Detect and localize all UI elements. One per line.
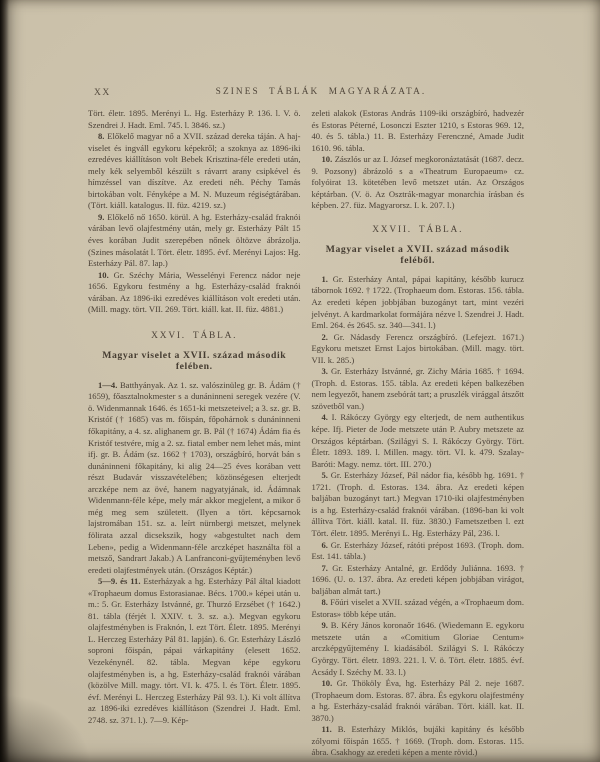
paragraph: 9. Előkelő nő 1650. körül. A hg. Esterhá…	[88, 212, 301, 270]
scan-edge-shadow	[0, 0, 9, 762]
item-number: 10.	[322, 678, 337, 688]
paragraph: 2. Gr. Nádasdy Ferencz országbíró. (Lefe…	[312, 332, 525, 367]
item-number: 5.	[322, 470, 331, 480]
paragraph: 5—9. és 11. Esterházyak a hg. Esterházy …	[88, 576, 301, 726]
paragraph: 1—4. Batthyányak. Az 1. sz. valószinüleg…	[88, 380, 301, 576]
paragraph: 10. Zászlós ur az I. József megkoronázta…	[312, 154, 525, 212]
item-number: 10.	[98, 270, 114, 280]
item-number: 5—9. és 11.	[98, 576, 143, 586]
plate-heading: XXVI. TÁBLA.	[88, 331, 301, 341]
plate-subheading: Magyar viselet a XVII. század második fe…	[88, 350, 301, 372]
paragraph: zeleti alakok (Estoras András 1109-iki o…	[312, 108, 525, 154]
item-number: 7.	[322, 563, 333, 573]
item-number: 8.	[98, 131, 107, 141]
paragraph: 8. Előkelő magyar nő a XVII. század dere…	[88, 131, 301, 212]
page-content: XX SZINES TÁBLÁK MAGYARÁZATA. Tört. élet…	[88, 86, 524, 759]
plate-heading: XXVII. TÁBLA.	[312, 225, 525, 235]
item-number: 9.	[322, 620, 331, 630]
paragraph: 9. B. Kéry János koronaőr 1646. (Wiedema…	[312, 620, 525, 678]
paragraph: Tört. életr. 1895. Merényi L. Hg. Esterh…	[88, 108, 301, 131]
item-number: 11.	[322, 724, 338, 734]
item-number: 1—4.	[98, 380, 120, 390]
paragraph: 3. Gr. Esterházy Istvánné, gr. Zichy Már…	[312, 366, 525, 412]
paragraph: 10. Gr. Széchy Mária, Wesselényi Ferencz…	[88, 270, 301, 316]
item-number: 4.	[322, 412, 332, 422]
paragraph: 1. Gr. Esterházy Antal, pápai kapitány, …	[312, 274, 525, 332]
paragraph: 11. B. Esterházy Miklós, bujáki kapitány…	[312, 724, 525, 759]
item-number: 9.	[98, 212, 107, 222]
page-header: XX SZINES TÁBLÁK MAGYARÁZATA.	[88, 86, 524, 101]
paragraph: 5. Gr. Esterházy József, Pál nádor fia, …	[312, 470, 525, 539]
plate-subheading: Magyar viselet a XVII. század második fe…	[312, 244, 525, 266]
paragraph: 10. Gr. Thököly Éva, hg. Esterházy Pál 2…	[312, 678, 525, 724]
item-number: 8.	[322, 597, 331, 607]
paragraph: 4. I. Rákóczy György egy elterjedt, de n…	[312, 412, 525, 470]
running-title: SZINES TÁBLÁK MAGYARÁZATA.	[88, 87, 554, 97]
text-columns: Tört. életr. 1895. Merényi L. Hg. Esterh…	[88, 108, 524, 759]
paragraph: 6. Gr. Esterházy József, rátóti prépost …	[312, 540, 525, 563]
item-number: 2.	[322, 332, 334, 342]
item-number: 3.	[322, 366, 331, 376]
item-number: 1.	[322, 274, 333, 284]
left-column: Tört. életr. 1895. Merényi L. Hg. Esterh…	[88, 108, 301, 759]
right-column: zeleti alakok (Estoras András 1109-iki o…	[312, 108, 525, 759]
paragraph: 8. Főúri viselet a XVII. század végén, a…	[312, 597, 525, 620]
paragraph: 7. Gr. Esterházy Antalné, gr. Erdődy Jul…	[312, 563, 525, 598]
item-number: 10.	[322, 154, 335, 164]
item-number: 6.	[322, 540, 331, 550]
